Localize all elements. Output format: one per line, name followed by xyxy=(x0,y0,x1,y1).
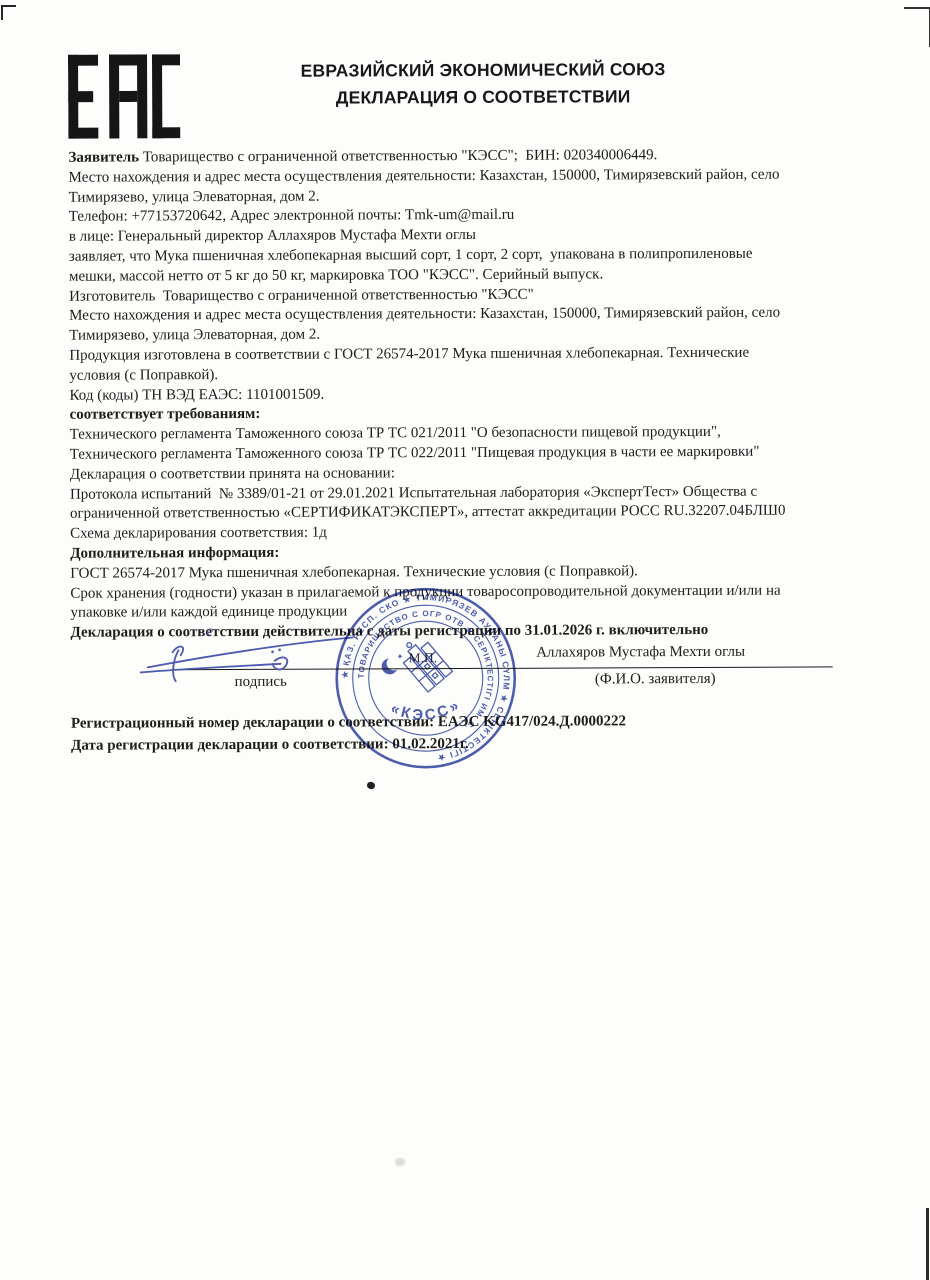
scan-corner-mark-top-right xyxy=(904,7,930,47)
scan-corner-mark-top-left xyxy=(1,5,16,20)
svg-text:с: с xyxy=(206,624,213,639)
document-title: ЕВРАЗИЙСКИЙ ЭКОНОМИЧЕСКИЙ СОЮЗ ДЕКЛАРАЦИ… xyxy=(243,56,723,112)
document-text-line: ограниченной ответственностью «СЕРТИФИКА… xyxy=(70,502,875,525)
eac-logo-letters xyxy=(68,54,180,138)
title-line-declaration: ДЕКЛАРАЦИЯ О СООТВЕТСТВИИ xyxy=(243,83,723,112)
crescent-star-icon: ✦ xyxy=(382,652,404,674)
line-text: Изготовитель Товарищество с ограниченной… xyxy=(69,286,534,304)
document-text-line: Место нахождения и адрес места осуществл… xyxy=(69,304,874,327)
line-text: Товарищество с ограниченной ответственно… xyxy=(139,147,657,165)
declaration-body-text: Заявитель Товарищество с ограниченной от… xyxy=(68,145,875,643)
line-text: Технического регламента Таможенного союз… xyxy=(70,444,760,463)
stamp-company-name: «КЭСС» xyxy=(388,696,464,724)
scan-smudge-artifact xyxy=(395,1158,405,1166)
line-text: Продукция изготовлена в соответствии с Г… xyxy=(69,345,749,364)
svg-text:✦: ✦ xyxy=(397,652,404,661)
line-text: Тимирязево, улица Элеваторная, дом 2. xyxy=(69,188,320,205)
eac-logo xyxy=(68,54,180,138)
bold-lead-text: Заявитель xyxy=(68,149,139,165)
line-text: Код (коды) ТН ВЭД ЕАЭС: 1101001509. xyxy=(69,386,324,403)
company-round-stamp: ★ ҚАЗ. РЕСП. СКО ★ ТИМИРЯЗЕВ АУДАНЫ СҮЛМ… xyxy=(330,583,521,774)
svg-text:«КЭСС»: «КЭСС» xyxy=(388,696,464,724)
handwritten-signature: с xyxy=(122,620,362,683)
line-text: в лице: Генеральный директор Аллахяров М… xyxy=(69,227,476,245)
document-text-line: Технического регламента Таможенного союз… xyxy=(70,442,875,465)
line-text: Протокола испытаний № 3389/01-21 от 29.0… xyxy=(70,483,757,502)
elevator-building-icon xyxy=(395,633,452,692)
line-text: Тимирязево, улица Элеваторная, дом 2. xyxy=(69,327,320,344)
document-text-line: Место нахождения и адрес места осуществл… xyxy=(68,165,873,188)
bold-lead-text: соответствует требованиям: xyxy=(70,406,261,423)
line-text: условия (с Поправкой). xyxy=(69,367,218,384)
title-line-union: ЕВРАЗИЙСКИЙ ЭКОНОМИЧЕСКИЙ СОЮЗ xyxy=(243,56,723,85)
line-text: Декларация о соответствии принята на осн… xyxy=(70,465,395,482)
line-text: упаковке и/или каждой единице продукции xyxy=(70,604,347,621)
line-text: Место нахождения и адрес места осуществл… xyxy=(69,305,780,324)
bold-lead-text: Дополнительная информация: xyxy=(70,545,279,562)
line-text: ограниченной ответственностью «СЕРТИФИКА… xyxy=(70,503,786,522)
applicant-caption: (Ф.И.О. заявителя) xyxy=(573,671,738,689)
line-text: Схема декларирования соответствия: 1д xyxy=(70,525,327,542)
scan-edge-line-bottom-right xyxy=(926,1208,929,1280)
applicant-name: Аллахяров Мустафа Мехти оглы xyxy=(511,644,771,662)
line-text: Место нахождения и адрес места осуществл… xyxy=(69,166,780,185)
line-text: ГОСТ 26574-2017 Мука пшеничная хлебопека… xyxy=(70,563,638,581)
line-text: Технического регламента Таможенного союз… xyxy=(70,424,721,443)
line-text: Телефон: +77153720642, Адрес электронной… xyxy=(69,207,515,225)
declaration-document-page: ЕВРАЗИЙСКИЙ ЭКОНОМИЧЕСКИЙ СОЮЗ ДЕКЛАРАЦИ… xyxy=(0,0,930,1280)
document-content: ЕВРАЗИЙСКИЙ ЭКОНОМИЧЕСКИЙ СОЮЗ ДЕКЛАРАЦИ… xyxy=(0,0,930,1280)
line-text: мешки, массой нетто от 5 кг до 50 кг, ма… xyxy=(69,266,603,284)
line-text: заявляет, что Мука пшеничная хлебопекарн… xyxy=(69,246,753,265)
